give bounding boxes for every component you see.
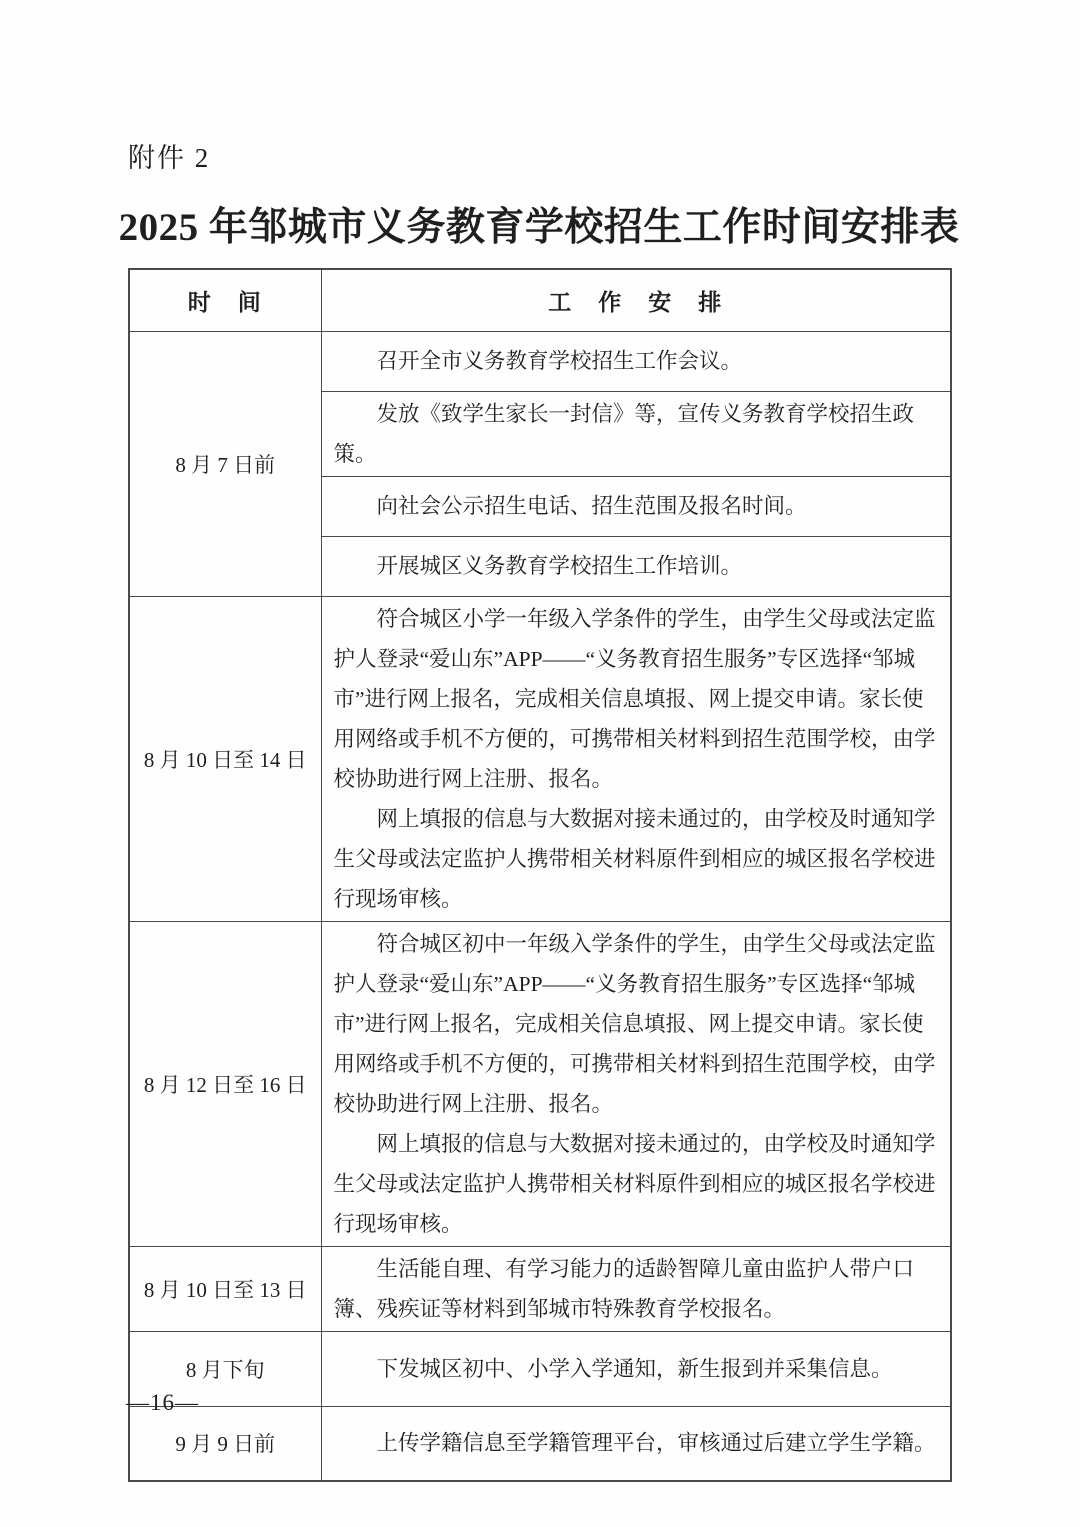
time-cell-aug12-16: 8 月 12 日至 16 日 [129,921,321,1246]
table-row: 8 月下旬 下发城区初中、小学入学通知，新生报到并采集信息。 [129,1331,951,1406]
time-cell-aug10-13: 8 月 10 日至 13 日 [129,1246,321,1331]
task-paragraph: 开展城区义务教育学校招生工作培训。 [334,546,939,586]
task-cell: 上传学籍信息至学籍管理平台，审核通过后建立学生学籍。 [321,1406,951,1481]
task-cell: 向社会公示招生电话、招生范围及报名时间。 [321,476,951,536]
time-column-header: 时 间 [129,269,321,331]
task-paragraph: 符合城区小学一年级入学条件的学生，由学生父母或法定监护人登录“爱山东”APP——… [334,599,939,799]
page-number: —16— [126,1390,199,1416]
table-row: 8 月 10 日至 14 日 符合城区小学一年级入学条件的学生，由学生父母或法定… [129,596,951,921]
task-cell: 符合城区小学一年级入学条件的学生，由学生父母或法定监护人登录“爱山东”APP——… [321,596,951,921]
time-cell-sep9: 9 月 9 日前 [129,1406,321,1481]
time-cell-aug10-14: 8 月 10 日至 14 日 [129,596,321,921]
task-paragraph: 发放《致学生家长一封信》等，宣传义务教育学校招生政策。 [334,394,939,474]
task-cell: 下发城区初中、小学入学通知，新生报到并采集信息。 [321,1331,951,1406]
task-paragraph: 召开全市义务教育学校招生工作会议。 [334,341,939,381]
task-paragraph: 网上填报的信息与大数据对接未通过的，由学校及时通知学生父母或法定监护人携带相关材… [334,799,939,919]
task-paragraph: 符合城区初中一年级入学条件的学生，由学生父母或法定监护人登录“爱山东”APP——… [334,924,939,1124]
schedule-table: 时 间 工 作 安 排 8 月 7 日前 召开全市义务教育学校招生工作会议。 发… [128,268,952,1482]
table-row: 8 月 12 日至 16 日 符合城区初中一年级入学条件的学生，由学生父母或法定… [129,921,951,1246]
work-column-header: 工 作 安 排 [321,269,951,331]
task-paragraph: 网上填报的信息与大数据对接未通过的，由学校及时通知学生父母或法定监护人携带相关材… [334,1124,939,1244]
table-row: 8 月 7 日前 召开全市义务教育学校招生工作会议。 [129,331,951,391]
task-paragraph: 上传学籍信息至学籍管理平台，审核通过后建立学生学籍。 [334,1423,939,1463]
task-cell: 召开全市义务教育学校招生工作会议。 [321,331,951,391]
table-row: 9 月 9 日前 上传学籍信息至学籍管理平台，审核通过后建立学生学籍。 [129,1406,951,1481]
task-paragraph: 向社会公示招生电话、招生范围及报名时间。 [334,486,939,526]
task-cell: 开展城区义务教育学校招生工作培训。 [321,536,951,596]
task-cell: 发放《致学生家长一封信》等，宣传义务教育学校招生政策。 [321,391,951,476]
table-header-row: 时 间 工 作 安 排 [129,269,951,331]
table-row: 8 月 10 日至 13 日 生活能自理、有学习能力的适龄智障儿童由监护人带户口… [129,1246,951,1331]
page-title: 2025 年邹城市义务教育学校招生工作时间安排表 [118,196,960,252]
task-cell: 符合城区初中一年级入学条件的学生，由学生父母或法定监护人登录“爱山东”APP——… [321,921,951,1246]
task-cell: 生活能自理、有学习能力的适龄智障儿童由监护人带户口簿、残疾证等材料到邹城市特殊教… [321,1246,951,1331]
task-paragraph: 下发城区初中、小学入学通知，新生报到并采集信息。 [334,1349,939,1389]
attachment-label: 附件 2 [128,136,210,175]
time-cell-aug7: 8 月 7 日前 [129,331,321,596]
task-paragraph: 生活能自理、有学习能力的适龄智障儿童由监护人带户口簿、残疾证等材料到邹城市特殊教… [334,1249,939,1329]
document-page: 附件 2 2025 年邹城市义务教育学校招生工作时间安排表 时 间 工 作 安 … [0,0,1080,1527]
